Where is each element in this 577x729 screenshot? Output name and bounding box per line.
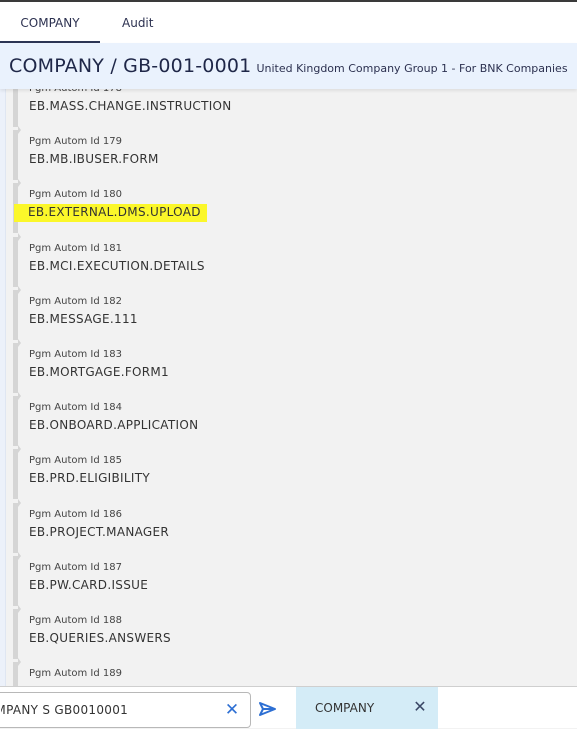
page-title: COMPANY / GB-001-0001 — [9, 55, 251, 77]
item-label: Pgm Autom Id 184 — [29, 394, 577, 414]
item-value[interactable]: EB.ONBOARD.APPLICATION — [29, 417, 198, 433]
open-window-chip[interactable]: COMPANY ✕ — [296, 687, 438, 728]
item-value[interactable]: EB.MCI.EXECUTION.DETAILS — [29, 258, 205, 274]
command-search: ✕ — [0, 692, 251, 728]
item-bracket — [13, 396, 18, 446]
item-bracket — [13, 609, 18, 659]
tab-bar: COMPANY Audit — [0, 2, 577, 43]
list-item: Pgm Autom Id 189 — [0, 660, 577, 686]
tab-audit[interactable]: Audit — [100, 2, 153, 43]
list-item: Pgm Autom Id 182 EB.MESSAGE.111 — [0, 288, 577, 341]
list-item: Pgm Autom Id 187 EB.PW.CARD.ISSUE — [0, 554, 577, 607]
record-header: COMPANY / GB-001-0001 United Kingdom Com… — [0, 43, 577, 89]
item-bracket — [13, 89, 18, 127]
send-icon[interactable] — [258, 700, 278, 718]
item-value[interactable]: EB.MORTGAGE.FORM1 — [29, 364, 169, 380]
item-bracket — [13, 343, 18, 393]
field-list[interactable]: Pgm Autom Id 178 EB.MASS.CHANGE.INSTRUCT… — [0, 89, 577, 686]
list-item: Pgm Autom Id 180 EB.EXTERNAL.DMS.UPLOAD — [0, 181, 577, 234]
list-item: Pgm Autom Id 178 EB.MASS.CHANGE.INSTRUCT… — [0, 89, 577, 128]
chip-label: COMPANY — [315, 701, 374, 715]
item-bracket — [13, 130, 18, 180]
item-value[interactable]: EB.PW.CARD.ISSUE — [29, 577, 148, 593]
item-label: Pgm Autom Id 180 — [29, 181, 577, 201]
list-item: Pgm Autom Id 186 EB.PROJECT.MANAGER — [0, 501, 577, 554]
item-value[interactable]: EB.QUERIES.ANSWERS — [29, 630, 171, 646]
list-item: Pgm Autom Id 179 EB.MB.IBUSER.FORM — [0, 128, 577, 181]
item-label: Pgm Autom Id 178 — [29, 89, 577, 95]
item-label: Pgm Autom Id 185 — [29, 447, 577, 467]
command-input[interactable] — [1, 703, 206, 717]
item-value[interactable]: EB.PROJECT.MANAGER — [29, 524, 169, 540]
list-item: Pgm Autom Id 184 EB.ONBOARD.APPLICATION — [0, 394, 577, 447]
list-item: Pgm Autom Id 181 EB.MCI.EXECUTION.DETAIL… — [0, 235, 577, 288]
item-value[interactable]: EB.MB.IBUSER.FORM — [29, 151, 159, 167]
item-label: Pgm Autom Id 189 — [29, 660, 577, 680]
field-list-content: Pgm Autom Id 178 EB.MASS.CHANGE.INSTRUCT… — [0, 89, 577, 686]
item-label: Pgm Autom Id 183 — [29, 341, 577, 361]
item-label: Pgm Autom Id 187 — [29, 554, 577, 574]
item-label: Pgm Autom Id 186 — [29, 501, 577, 521]
item-bracket — [13, 556, 18, 606]
page-subtitle: United Kingdom Company Group 1 - For BNK… — [256, 62, 567, 75]
item-label: Pgm Autom Id 179 — [29, 128, 577, 148]
close-icon[interactable]: ✕ — [411, 698, 429, 716]
item-value[interactable]: EB.MESSAGE.111 — [29, 311, 138, 327]
item-bracket — [13, 237, 18, 287]
list-item: Pgm Autom Id 183 EB.MORTGAGE.FORM1 — [0, 341, 577, 394]
item-value[interactable]: EB.MASS.CHANGE.INSTRUCTION — [29, 98, 232, 114]
list-item: Pgm Autom Id 185 EB.PRD.ELIGIBILITY — [0, 447, 577, 500]
tab-audit-label: Audit — [122, 16, 153, 30]
item-bracket — [13, 290, 18, 340]
item-label: Pgm Autom Id 182 — [29, 288, 577, 308]
tab-company-label: COMPANY — [20, 16, 79, 30]
item-bracket — [13, 503, 18, 553]
tab-company[interactable]: COMPANY — [0, 2, 100, 43]
item-label: Pgm Autom Id 188 — [29, 607, 577, 627]
item-label: Pgm Autom Id 181 — [29, 235, 577, 255]
bottom-bar: ✕ COMPANY ✕ — [0, 686, 577, 728]
item-value[interactable]: EB.EXTERNAL.DMS.UPLOAD — [14, 204, 207, 222]
item-value[interactable]: EB.PRD.ELIGIBILITY — [29, 470, 150, 486]
close-icon[interactable]: ✕ — [223, 701, 241, 719]
item-bracket — [13, 662, 18, 686]
list-item: Pgm Autom Id 188 EB.QUERIES.ANSWERS — [0, 607, 577, 660]
item-bracket — [13, 449, 18, 499]
